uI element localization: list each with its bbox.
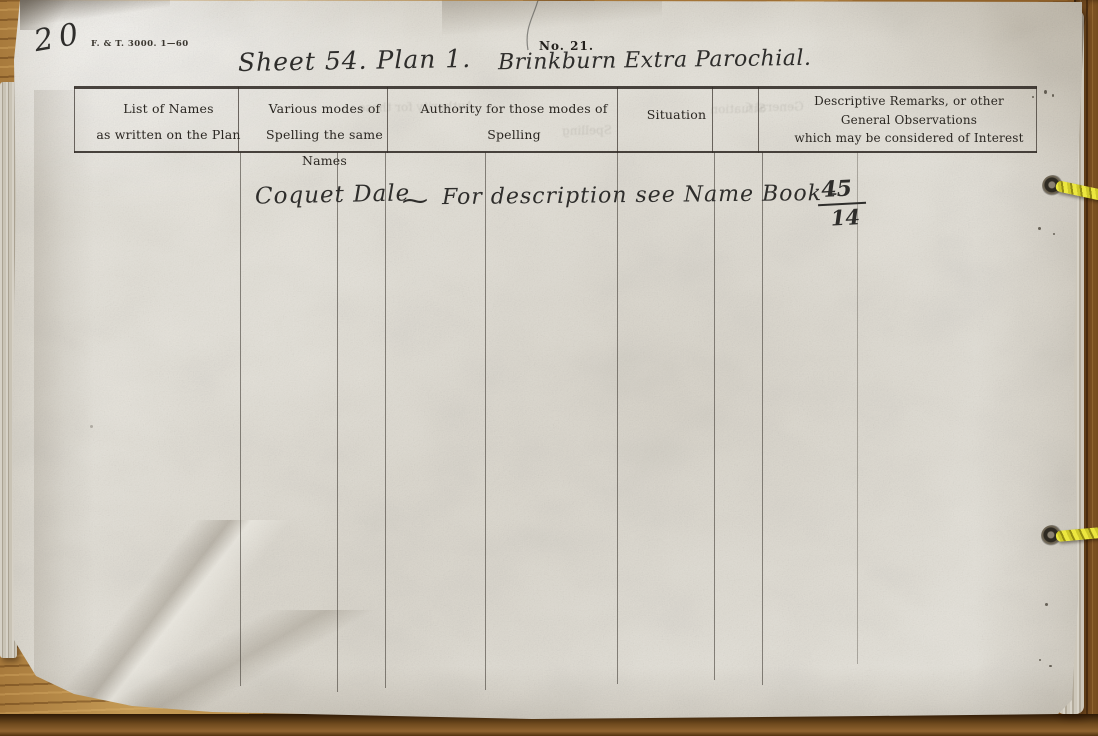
table-rule-vertical xyxy=(758,87,759,153)
header-line: Situation xyxy=(629,107,724,122)
reference-denominator: 14 xyxy=(818,204,867,231)
header-line: Spelling xyxy=(399,122,629,148)
entry-lead-dash: ⁓ xyxy=(402,186,428,216)
table-rule-top xyxy=(74,86,1037,89)
header-line: Spelling the same Names xyxy=(250,122,399,174)
header-line: which may be considered of Interest xyxy=(770,129,1048,148)
table-rule-vertical xyxy=(74,87,75,153)
paper-crease xyxy=(442,0,662,34)
column-header-spelling-modes: Various modes of Spelling the same Names xyxy=(250,96,399,174)
paper-speck xyxy=(1044,90,1047,94)
register-page: F. & T. 3000. 1—60 No. 21. List of Names… xyxy=(12,0,1082,724)
header-line: Authority for those modes of xyxy=(399,96,629,122)
entry-reference-fraction: 45 14 xyxy=(817,175,868,231)
table-rule-column xyxy=(240,152,241,686)
table-rule-column xyxy=(485,152,486,690)
reference-numerator: 45 xyxy=(817,175,866,206)
paper-speck xyxy=(1032,96,1034,98)
table-rule-column xyxy=(762,152,763,685)
paper-speck xyxy=(1049,665,1052,667)
header-line: as written on the Plan xyxy=(87,122,250,148)
header-line: Descriptive Remarks, or other xyxy=(770,92,1048,111)
table-rule-column xyxy=(617,152,618,684)
header-line: General Observations xyxy=(770,111,1048,130)
header-line: Various modes of xyxy=(250,96,399,122)
column-header-authority: Authority for those modes of Spelling xyxy=(399,96,629,148)
table-rule-header-bottom xyxy=(74,151,1037,153)
paper-speck xyxy=(1038,227,1041,230)
handwritten-district-title: Brinkburn Extra Parochial. xyxy=(498,46,812,75)
pencil-dot xyxy=(90,425,93,428)
paper-speck xyxy=(1045,603,1048,606)
paper-speck xyxy=(1053,233,1055,235)
form-code: F. & T. 3000. 1—60 xyxy=(91,39,189,49)
handwritten-sheet-plan: Sheet 54. Plan 1. xyxy=(238,44,472,77)
scanned-register-photo: F. & T. 3000. 1—60 No. 21. List of Names… xyxy=(0,0,1098,736)
entry-name: Coquet Dale xyxy=(255,180,411,209)
paper-speck xyxy=(1052,94,1054,97)
column-header-names: List of Names as written on the Plan xyxy=(87,96,250,148)
header-line: List of Names xyxy=(87,96,250,122)
table-rule-column xyxy=(714,152,715,680)
column-header-remarks: Descriptive Remarks, or other General Ob… xyxy=(770,92,1048,148)
paper-shading xyxy=(34,90,94,690)
table-rule-column xyxy=(385,152,386,688)
paper-crease xyxy=(72,610,372,720)
paper-speck xyxy=(1039,659,1041,661)
handwritten-page-number: 20 xyxy=(31,16,87,59)
entry-remark: For description see Name Book - xyxy=(442,181,839,210)
table-rule-column xyxy=(337,152,338,692)
paper-crease xyxy=(12,520,292,720)
column-header-situation: Situation xyxy=(629,107,724,122)
